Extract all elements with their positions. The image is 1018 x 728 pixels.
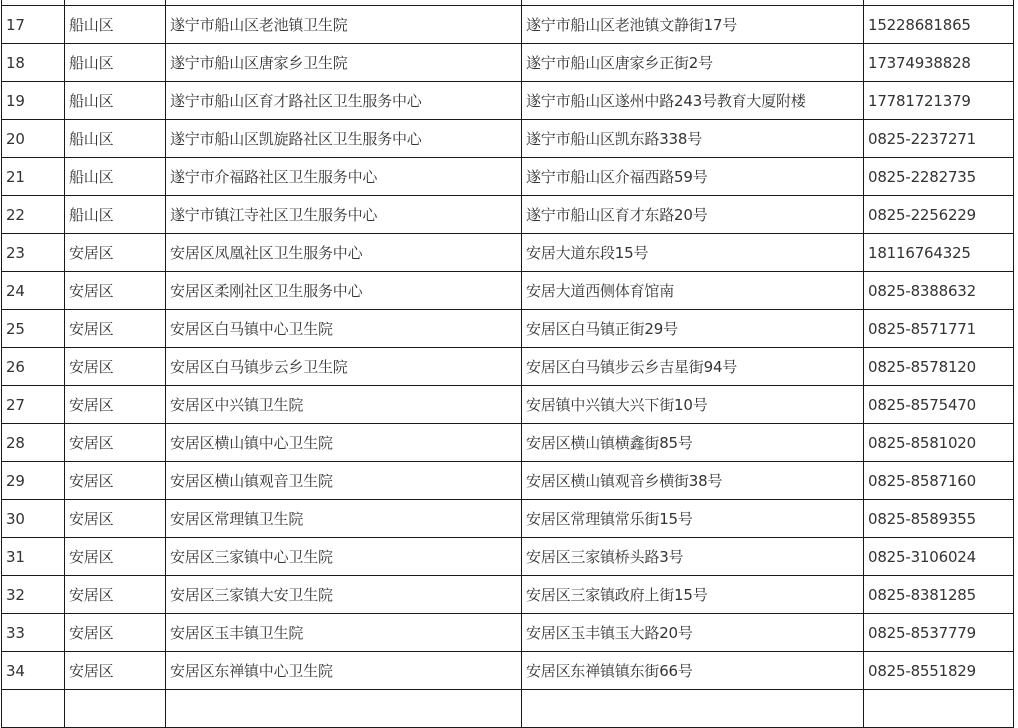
clinic-table-body: 16 17 船山区 遂宁市船山区老池镇卫生院 遂宁市船山区老池镇文静街17号 1… (2, 0, 1014, 713)
cell-institution-name: 遂宁市镇江寺社区卫生服务中心 (166, 196, 522, 234)
cell-address: 安居区常理镇常乐街15号 (522, 500, 864, 538)
cell-district: 安居区 (65, 272, 166, 310)
table-row: 21 船山区 遂宁市介福路社区卫生服务中心 遂宁市船山区介福西路59号 0825… (2, 158, 1014, 196)
cell-institution-name: 安居区白马镇中心卫生院 (166, 310, 522, 348)
cell-district: 船山区 (65, 82, 166, 120)
cell-address: 遂宁市船山区遂州中路243号教育大厦附楼 (522, 82, 864, 120)
cell-district: 船山区 (65, 6, 166, 44)
cell-number: 18 (2, 44, 65, 82)
cell-phone: 17374938828 (864, 44, 1014, 82)
cell-number: 23 (2, 234, 65, 272)
cell-district: 安居区 (65, 348, 166, 386)
cell-district: 安居区 (65, 538, 166, 576)
cell-district: 船山区 (65, 158, 166, 196)
cell-institution-name: 安居区三家镇大安卫生院 (166, 576, 522, 614)
cell-number: 33 (2, 614, 65, 652)
cell-institution-name: 安居区横山镇中心卫生院 (166, 424, 522, 462)
table-row: 17 船山区 遂宁市船山区老池镇卫生院 遂宁市船山区老池镇文静街17号 1522… (2, 6, 1014, 44)
cell-phone: 0825-8578120 (864, 348, 1014, 386)
cell-address (522, 690, 864, 714)
table-row: 34 安居区 安居区东禅镇中心卫生院 安居区东禅镇镇东街66号 0825-855… (2, 652, 1014, 690)
clinic-table: 16 17 船山区 遂宁市船山区老池镇卫生院 遂宁市船山区老池镇文静街17号 1… (1, 0, 1014, 713)
cell-address: 遂宁市船山区介福西路59号 (522, 158, 864, 196)
cell-district: 安居区 (65, 424, 166, 462)
cell-address: 安居区玉丰镇玉大路20号 (522, 614, 864, 652)
cell-institution-name: 安居区玉丰镇卫生院 (166, 614, 522, 652)
cell-number: 30 (2, 500, 65, 538)
cell-address: 安居区三家镇桥头路3号 (522, 538, 864, 576)
cell-phone: 0825-8571771 (864, 310, 1014, 348)
table-row: 27 安居区 安居区中兴镇卫生院 安居镇中兴镇大兴下街10号 0825-8575… (2, 386, 1014, 424)
cell-number: 17 (2, 6, 65, 44)
table-row: 30 安居区 安居区常理镇卫生院 安居区常理镇常乐街15号 0825-85893… (2, 500, 1014, 538)
cell-institution-name: 安居区常理镇卫生院 (166, 500, 522, 538)
cell-phone: 18116764325 (864, 234, 1014, 272)
cell-address: 安居区白马镇步云乡吉星街94号 (522, 348, 864, 386)
cell-phone: 0825-8381285 (864, 576, 1014, 614)
cell-address: 遂宁市船山区育才东路20号 (522, 196, 864, 234)
cell-phone: 0825-8537779 (864, 614, 1014, 652)
cell-number (2, 690, 65, 714)
table-row: 33 安居区 安居区玉丰镇卫生院 安居区玉丰镇玉大路20号 0825-85377… (2, 614, 1014, 652)
cell-institution-name: 安居区白马镇步云乡卫生院 (166, 348, 522, 386)
cell-phone: 0825-3106024 (864, 538, 1014, 576)
cell-phone: 0825-8388632 (864, 272, 1014, 310)
cell-address: 遂宁市船山区老池镇文静街17号 (522, 6, 864, 44)
table-row: 29 安居区 安居区横山镇观音卫生院 安居区横山镇观音乡横街38号 0825-8… (2, 462, 1014, 500)
cell-phone: 0825-8589355 (864, 500, 1014, 538)
cell-institution-name: 安居区三家镇中心卫生院 (166, 538, 522, 576)
table-row: 18 船山区 遂宁市船山区唐家乡卫生院 遂宁市船山区唐家乡正街2号 173749… (2, 44, 1014, 82)
cell-district: 安居区 (65, 652, 166, 690)
cell-institution-name: 遂宁市船山区育才路社区卫生服务中心 (166, 82, 522, 120)
cell-district: 船山区 (65, 120, 166, 158)
cell-institution-name: 遂宁市船山区老池镇卫生院 (166, 6, 522, 44)
cell-phone: 0825-8587160 (864, 462, 1014, 500)
cell-district: 安居区 (65, 614, 166, 652)
cell-institution-name: 遂宁市船山区唐家乡卫生院 (166, 44, 522, 82)
cell-phone: 0825-8575470 (864, 386, 1014, 424)
cell-address: 安居镇中兴镇大兴下街10号 (522, 386, 864, 424)
cell-number: 34 (2, 652, 65, 690)
cell-address: 安居区白马镇正街29号 (522, 310, 864, 348)
table-row: 31 安居区 安居区三家镇中心卫生院 安居区三家镇桥头路3号 0825-3106… (2, 538, 1014, 576)
table-row: 28 安居区 安居区横山镇中心卫生院 安居区横山镇横鑫街85号 0825-858… (2, 424, 1014, 462)
cell-number: 32 (2, 576, 65, 614)
cell-number: 26 (2, 348, 65, 386)
cell-number: 31 (2, 538, 65, 576)
table-row: 20 船山区 遂宁市船山区凯旋路社区卫生服务中心 遂宁市船山区凯东路338号 0… (2, 120, 1014, 158)
cell-district (65, 690, 166, 714)
cell-district: 船山区 (65, 44, 166, 82)
cell-address: 安居区东禅镇镇东街66号 (522, 652, 864, 690)
cell-institution-name: 安居区凤凰社区卫生服务中心 (166, 234, 522, 272)
cell-phone: 0825-2256229 (864, 196, 1014, 234)
cell-institution-name: 遂宁市船山区凯旋路社区卫生服务中心 (166, 120, 522, 158)
cell-number: 25 (2, 310, 65, 348)
cell-number: 22 (2, 196, 65, 234)
cell-number: 21 (2, 158, 65, 196)
cell-number: 19 (2, 82, 65, 120)
cell-phone: 17781721379 (864, 82, 1014, 120)
cell-number: 29 (2, 462, 65, 500)
clinic-table-container: 16 17 船山区 遂宁市船山区老池镇卫生院 遂宁市船山区老池镇文静街17号 1… (1, 0, 1013, 713)
cell-institution-name: 安居区东禅镇中心卫生院 (166, 652, 522, 690)
table-row: 19 船山区 遂宁市船山区育才路社区卫生服务中心 遂宁市船山区遂州中路243号教… (2, 82, 1014, 120)
cell-phone: 15228681865 (864, 6, 1014, 44)
table-row: 24 安居区 安居区柔刚社区卫生服务中心 安居大道西侧体育馆南 0825-838… (2, 272, 1014, 310)
cell-address: 遂宁市船山区唐家乡正街2号 (522, 44, 864, 82)
cell-number: 27 (2, 386, 65, 424)
cell-address: 遂宁市船山区凯东路338号 (522, 120, 864, 158)
cell-district: 船山区 (65, 196, 166, 234)
cell-address: 安居区三家镇政府上街15号 (522, 576, 864, 614)
table-row (2, 690, 1014, 714)
cell-phone: 0825-2282735 (864, 158, 1014, 196)
cell-institution-name: 安居区柔刚社区卫生服务中心 (166, 272, 522, 310)
cell-phone (864, 690, 1014, 714)
cell-district: 安居区 (65, 462, 166, 500)
table-row: 22 船山区 遂宁市镇江寺社区卫生服务中心 遂宁市船山区育才东路20号 0825… (2, 196, 1014, 234)
cell-phone: 0825-8551829 (864, 652, 1014, 690)
cell-address: 安居区横山镇观音乡横街38号 (522, 462, 864, 500)
table-row: 26 安居区 安居区白马镇步云乡卫生院 安居区白马镇步云乡吉星街94号 0825… (2, 348, 1014, 386)
cell-address: 安居大道西侧体育馆南 (522, 272, 864, 310)
cell-institution-name: 安居区中兴镇卫生院 (166, 386, 522, 424)
cell-address: 安居大道东段15号 (522, 234, 864, 272)
cell-address: 安居区横山镇横鑫街85号 (522, 424, 864, 462)
cell-district: 安居区 (65, 386, 166, 424)
cell-district: 安居区 (65, 500, 166, 538)
cell-institution-name (166, 690, 522, 714)
table-row: 32 安居区 安居区三家镇大安卫生院 安居区三家镇政府上街15号 0825-83… (2, 576, 1014, 614)
cell-number: 20 (2, 120, 65, 158)
cell-number: 24 (2, 272, 65, 310)
table-row: 23 安居区 安居区凤凰社区卫生服务中心 安居大道东段15号 181167643… (2, 234, 1014, 272)
cell-institution-name: 安居区横山镇观音卫生院 (166, 462, 522, 500)
cell-phone: 0825-8581020 (864, 424, 1014, 462)
table-row: 25 安居区 安居区白马镇中心卫生院 安居区白马镇正街29号 0825-8571… (2, 310, 1014, 348)
cell-district: 安居区 (65, 576, 166, 614)
cell-institution-name: 遂宁市介福路社区卫生服务中心 (166, 158, 522, 196)
cell-district: 安居区 (65, 234, 166, 272)
cell-number: 28 (2, 424, 65, 462)
cell-district: 安居区 (65, 310, 166, 348)
cell-phone: 0825-2237271 (864, 120, 1014, 158)
